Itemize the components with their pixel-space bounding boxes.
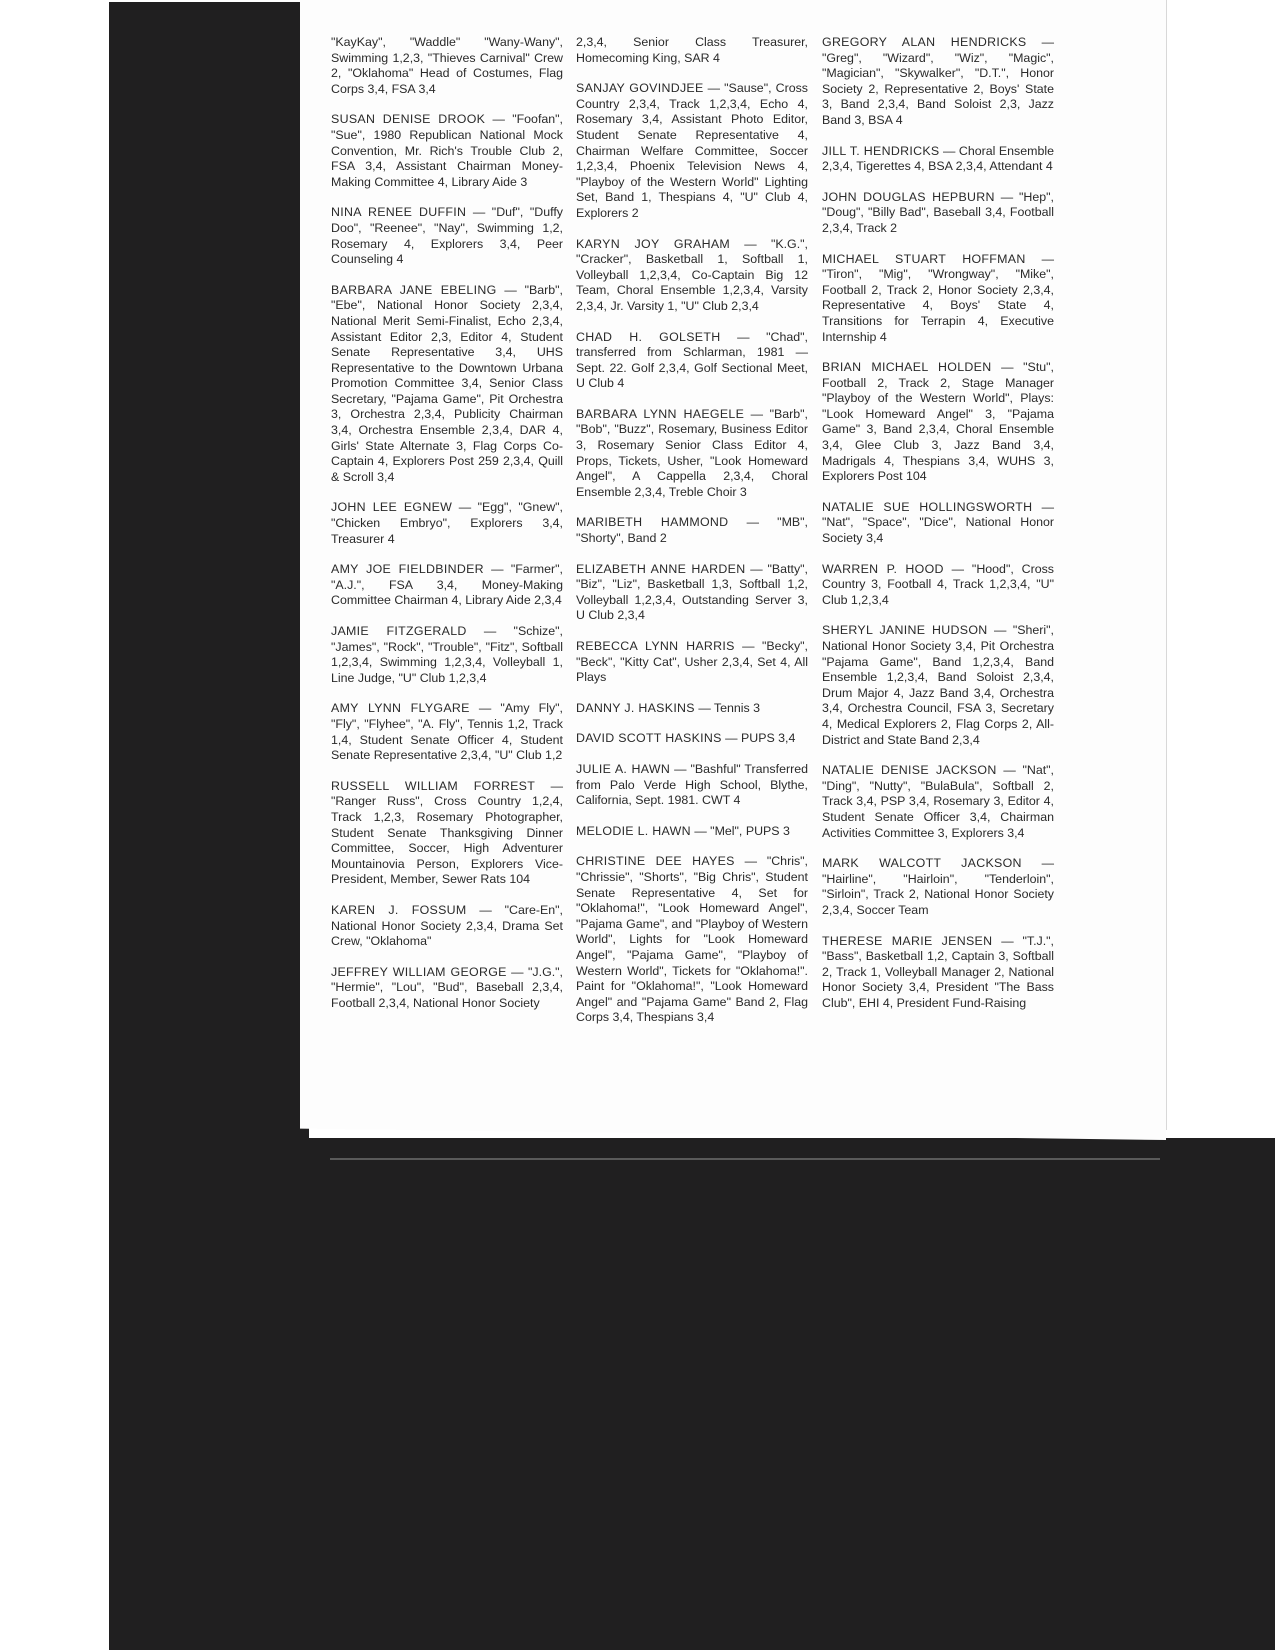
senior-entry: 2,3,4, Senior Class Treasurer, Homecomin… [576,35,808,66]
student-name: CHAD H. GOLSETH [576,330,720,344]
senior-entry: GREGORY ALAN HENDRICKS — "Greg", "Wizard… [822,35,1054,129]
student-name: AMY JOE FIELDBINDER [331,562,484,576]
senior-entry: NATALIE DENISE JACKSON — "Nat", "Ding", … [822,763,1054,841]
senior-entry: JOHN DOUGLAS HEPBURN — "Hep", "Doug", "B… [822,190,1054,237]
student-name: REBECCA LYNN HARRIS [576,639,735,653]
senior-entry: SHERYL JANINE HUDSON — "Sheri", National… [822,623,1054,748]
senior-entry: BARBARA JANE EBELING — "Barb", "Ebe", Na… [331,283,563,486]
student-activities: — "Ranger Russ", Cross Country 1,2,4, Tr… [331,779,563,887]
senior-entry: MARK WALCOTT JACKSON — "Hairline", "Hair… [822,856,1054,918]
student-name: CHRISTINE DEE HAYES [576,854,735,868]
text-column-3: GREGORY ALAN HENDRICKS — "Greg", "Wizard… [822,35,1054,1026]
student-name: BRIAN MICHAEL HOLDEN [822,360,991,374]
scan-border-bottom [109,1138,1275,1650]
student-name: JOHN DOUGLAS HEPBURN [822,190,995,204]
student-activities: — "Chris", "Chrissie", "Shorts", "Big Ch… [576,854,808,1024]
student-activities: — PUPS 3,4 [722,731,796,745]
student-name: SUSAN DENISE DROOK [331,112,485,126]
page-edge-line [1166,0,1167,1130]
student-name: NINA RENEE DUFFIN [331,205,466,219]
senior-entry: MARIBETH HAMMOND — "MB", "Shorty", Band … [576,515,808,546]
student-activities: — Tennis 3 [695,701,760,715]
student-name: JAMIE FITZGERALD [331,624,467,638]
student-name: BARBARA LYNN HAEGELE [576,407,744,421]
senior-entry: MELODIE L. HAWN — "Mel", PUPS 3 [576,824,808,840]
student-activities: — "Sheri", National Honor Society 3,4, P… [822,623,1054,746]
senior-entry: AMY LYNN FLYGARE — "Amy Fly", "Fly", "Fl… [331,701,563,763]
senior-entry: CHRISTINE DEE HAYES — "Chris", "Chrissie… [576,854,808,1026]
student-name: JEFFREY WILLIAM GEORGE [331,965,507,979]
student-name: JULIE A. HAWN [576,762,670,776]
senior-entry: SANJAY GOVINDJEE — "Sause", Cross Countr… [576,81,808,221]
senior-entry: JILL T. HENDRICKS — Choral Ensemble 2,3,… [822,144,1054,175]
student-activities: — "Barb", "Ebe", National Honor Society … [331,283,563,484]
senior-entry: DANNY J. HASKINS — Tennis 3 [576,701,808,717]
senior-entry: BARBARA LYNN HAEGELE — "Barb", "Bob", "B… [576,407,808,501]
student-name: ELIZABETH ANNE HARDEN [576,562,745,576]
student-name: MARK WALCOTT JACKSON [822,856,1022,870]
student-name: RUSSELL WILLIAM FORREST [331,779,535,793]
student-name: SANJAY GOVINDJEE [576,81,704,95]
student-name: SHERYL JANINE HUDSON [822,623,988,637]
text-column-1: "KayKay", "Waddle" "Wany-Wany", Swimming… [331,35,563,1026]
student-name: NATALIE DENISE JACKSON [822,763,997,777]
senior-entry: JEFFREY WILLIAM GEORGE — "J.G.", "Hermie… [331,965,563,1012]
student-name: DANNY J. HASKINS [576,701,695,715]
student-name: MELODIE L. HAWN [576,824,691,838]
senior-entry: ELIZABETH ANNE HARDEN — "Batty", "Biz", … [576,562,808,624]
student-name: KAREN J. FOSSUM [331,903,467,917]
student-name: JOHN LEE EGNEW [331,500,452,514]
student-activities: 2,3,4, Senior Class Treasurer, Homecomin… [576,35,808,65]
student-activities: "KayKay", "Waddle" "Wany-Wany", Swimming… [331,35,563,96]
senior-entry: REBECCA LYNN HARRIS — "Becky", "Beck", "… [576,639,808,686]
senior-entry: WARREN P. HOOD — "Hood", Cross Country 3… [822,562,1054,609]
student-name: KARYN JOY GRAHAM [576,237,730,251]
student-name: DAVID SCOTT HASKINS [576,731,722,745]
senior-entry: KAREN J. FOSSUM — "Care-En", National Ho… [331,903,563,950]
senior-entry: NINA RENEE DUFFIN — "Duf", "Duffy Doo", … [331,205,563,267]
senior-entry: THERESE MARIE JENSEN — "T.J.", "Bass", B… [822,934,1054,1012]
student-name: GREGORY ALAN HENDRICKS [822,35,1026,49]
student-name: MARIBETH HAMMOND [576,515,728,529]
senior-entry: BRIAN MICHAEL HOLDEN — "Stu", Football 2… [822,360,1054,485]
student-name: JILL T. HENDRICKS [822,144,939,158]
senior-entry: DAVID SCOTT HASKINS — PUPS 3,4 [576,731,808,747]
student-name: THERESE MARIE JENSEN [822,934,992,948]
senior-entry: MICHAEL STUART HOFFMAN — "Tiron", "Mig",… [822,252,1054,346]
senior-entry: "KayKay", "Waddle" "Wany-Wany", Swimming… [331,35,563,97]
student-name: MICHAEL STUART HOFFMAN [822,252,1026,266]
senior-entry: JAMIE FITZGERALD — "Schize", "James", "R… [331,624,563,686]
senior-entry: SUSAN DENISE DROOK — "Foofan", "Sue", 19… [331,112,563,190]
student-name: AMY LYNN FLYGARE [331,701,470,715]
senior-entry: NATALIE SUE HOLLINGSWORTH — "Nat", "Spac… [822,500,1054,547]
senior-entry: RUSSELL WILLIAM FORREST — "Ranger Russ",… [331,779,563,888]
student-activities: — "Stu", Football 2, Track 2, Stage Mana… [822,360,1054,483]
student-name: WARREN P. HOOD [822,562,944,576]
scan-artifact-line [330,1158,1160,1160]
senior-entry: JOHN LEE EGNEW — "Egg", "Gnew", "Chicken… [331,500,563,547]
student-activities: — "Sause", Cross Country 2,3,4, Track 1,… [576,81,808,220]
student-name: BARBARA JANE EBELING [331,283,497,297]
student-activities: — "Mel", PUPS 3 [691,824,790,838]
student-name: NATALIE SUE HOLLINGSWORTH [822,500,1032,514]
senior-entry: KARYN JOY GRAHAM — "K.G.", "Cracker", Ba… [576,237,808,315]
senior-entry: CHAD H. GOLSETH — "Chad", transferred fr… [576,330,808,392]
senior-entry: JULIE A. HAWN — "Bashful" Transferred fr… [576,762,808,809]
text-column-2: 2,3,4, Senior Class Treasurer, Homecomin… [576,35,808,1041]
senior-entry: AMY JOE FIELDBINDER — "Farmer", "A.J.", … [331,562,563,609]
